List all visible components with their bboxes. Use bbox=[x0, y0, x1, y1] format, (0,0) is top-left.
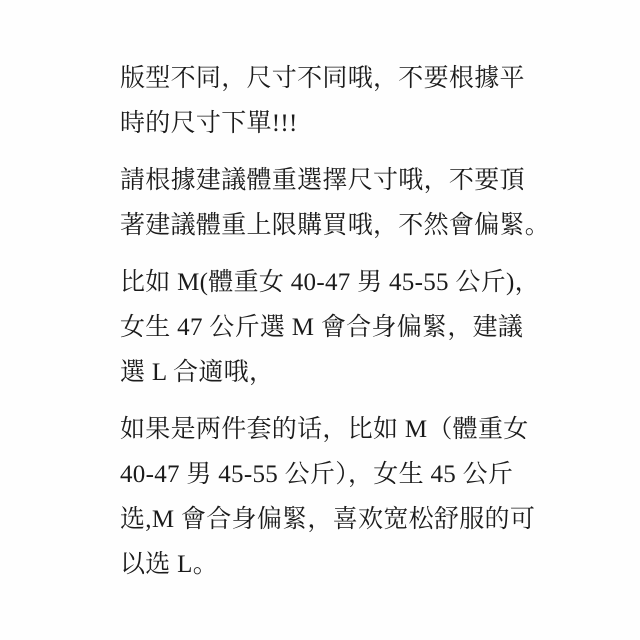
text-line: 選 L 合適哦， bbox=[120, 350, 530, 395]
text-line: 女生 47 公斤選 M 會合身偏緊，建議 bbox=[120, 305, 530, 350]
text-line: 時的尺寸下單!!! bbox=[120, 101, 530, 146]
text-line: 以选 L。 bbox=[120, 542, 530, 587]
text-line: 如果是两件套的话，比如 M（體重女 bbox=[120, 407, 530, 452]
text-line: 版型不同，尺寸不同哦，不要根據平 bbox=[120, 56, 530, 101]
text-line: 著建議體重上限購買哦，不然會偏緊。 bbox=[120, 203, 530, 248]
text-line: 比如 M(體重女 40-47 男 45-55 公斤)， bbox=[120, 260, 530, 305]
paragraph-size-m-example: 比如 M(體重女 40-47 男 45-55 公斤)， 女生 47 公斤選 M … bbox=[120, 260, 530, 395]
document-page: 版型不同，尺寸不同哦，不要根據平 時的尺寸下單!!! 請根據建議體重選擇尺寸哦，… bbox=[0, 0, 640, 640]
paragraph-two-piece-example: 如果是两件套的话，比如 M（體重女 40-47 男 45-55 公斤），女生 4… bbox=[120, 407, 530, 587]
paragraph-sizing-warning: 版型不同，尺寸不同哦，不要根據平 時的尺寸下單!!! bbox=[120, 56, 530, 146]
text-line: 选,M 會合身偏緊，喜欢宽松舒服的可 bbox=[120, 497, 530, 542]
text-line: 請根據建議體重選擇尺寸哦，不要頂 bbox=[120, 158, 530, 203]
size-guide-text-block: 版型不同，尺寸不同哦，不要根據平 時的尺寸下單!!! 請根據建議體重選擇尺寸哦，… bbox=[120, 56, 530, 599]
paragraph-weight-advice: 請根據建議體重選擇尺寸哦，不要頂 著建議體重上限購買哦，不然會偏緊。 bbox=[120, 158, 530, 248]
text-line: 40-47 男 45-55 公斤），女生 45 公斤 bbox=[120, 452, 530, 497]
